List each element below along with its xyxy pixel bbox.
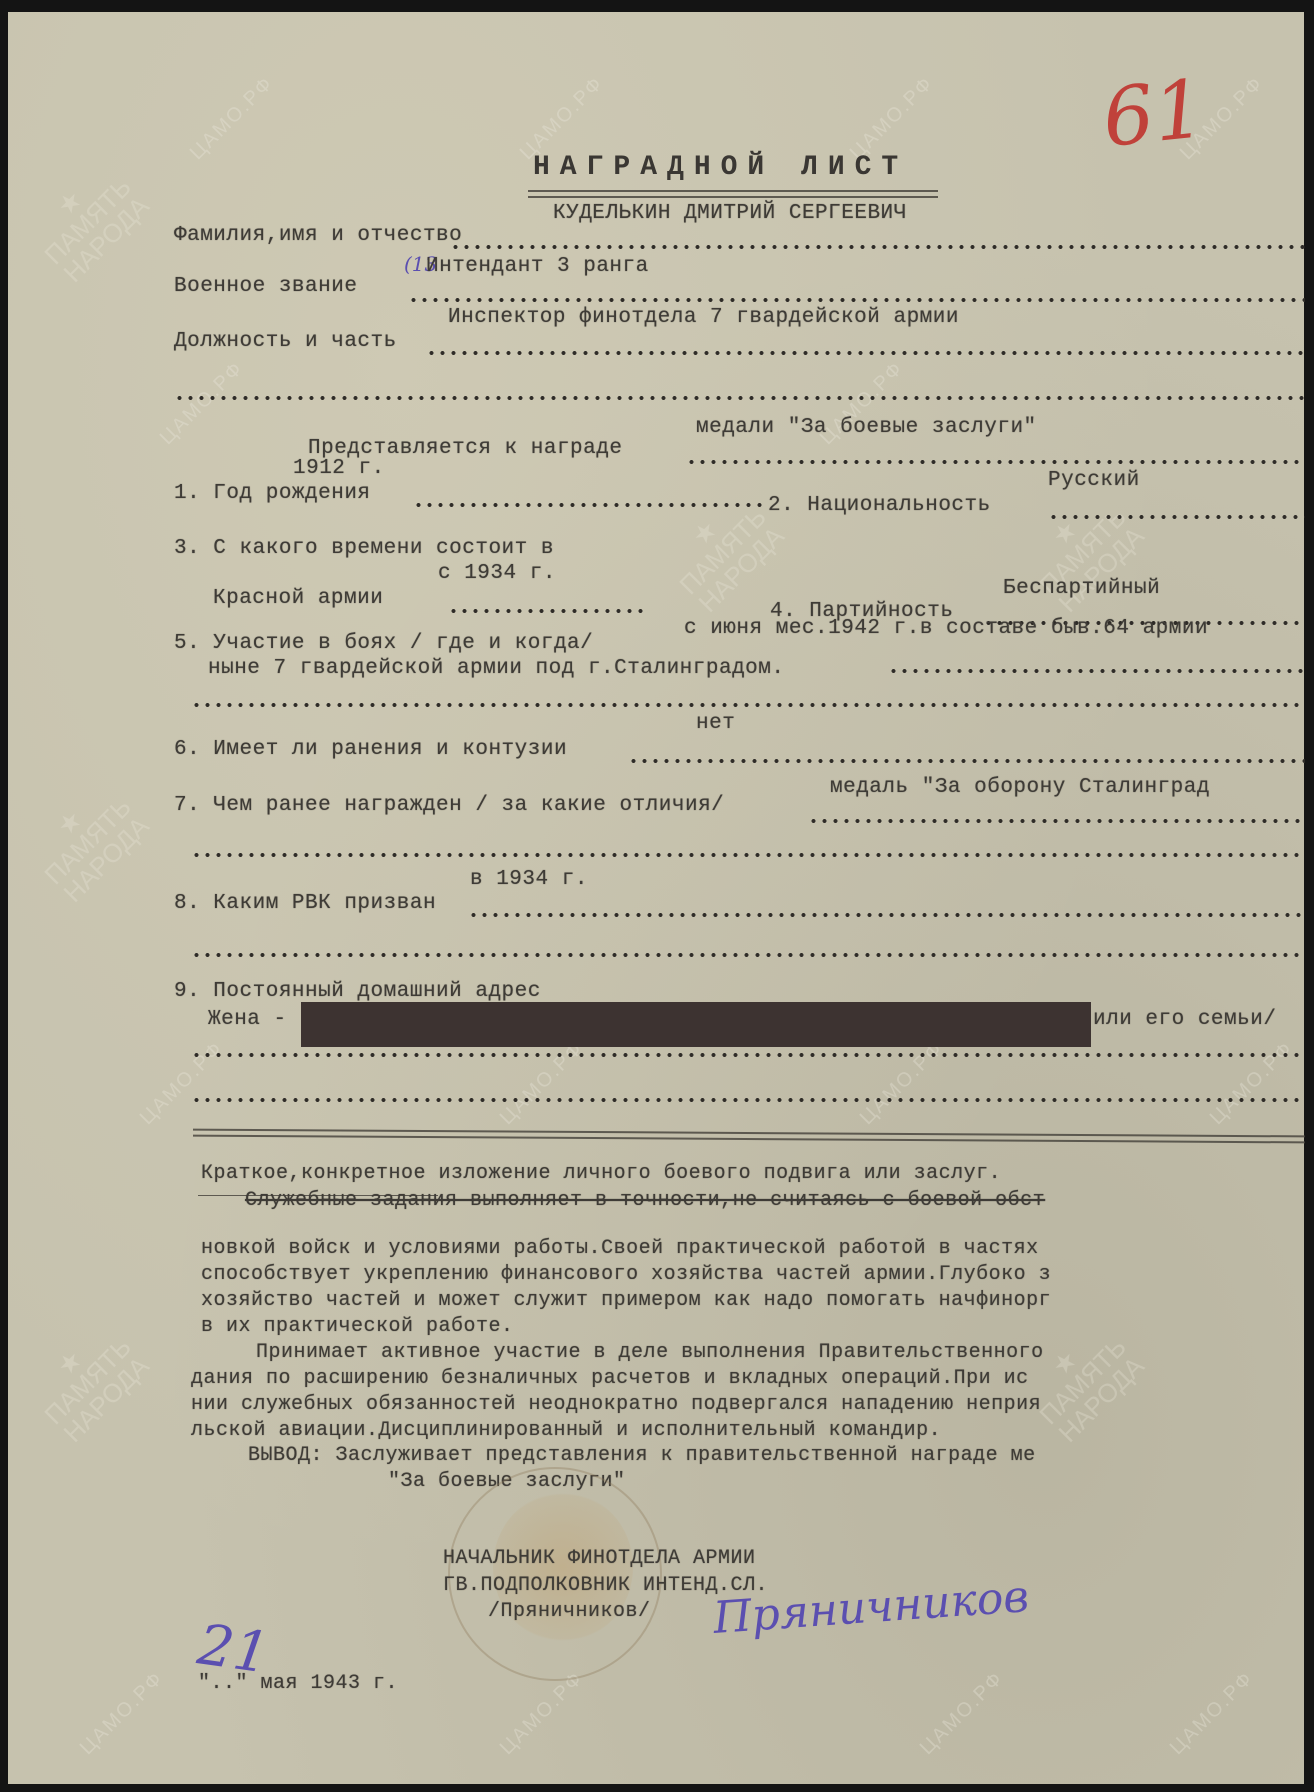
summary-conclusion: ВЫВОД: Заслуживает представления к прави…: [248, 1444, 1036, 1467]
fill-dots: [408, 297, 1305, 303]
fill-dots: [191, 1097, 1305, 1103]
watermark-project: ★ ПАМЯТЬ НАРОДА: [1016, 1315, 1149, 1448]
date-text: ".." мая 1943 г.: [198, 1672, 398, 1695]
fill-dots: [191, 1052, 1305, 1058]
page-number: 61: [1098, 62, 1209, 165]
summary-heading: Краткое,конкретное изложение личного бое…: [201, 1162, 1001, 1185]
fill-dots: [413, 502, 763, 508]
fill-dots: [191, 952, 1305, 958]
summary-line: льской авиации.Дисциплинированный и испо…: [191, 1419, 941, 1442]
rank-value: Интендант 3 ранга: [426, 255, 649, 278]
summary-line: Принимает активное участие в деле выполн…: [256, 1341, 1044, 1364]
fill-dots: [888, 668, 1305, 674]
document-page: ЦАМО.РФ ЦАМО.РФ ЦАМО.РФ ЦАМО.РФ ЦАМО.РФ …: [8, 12, 1304, 1784]
wounds-value: нет: [696, 712, 735, 735]
rvk-label: 8. Каким РВК призван: [174, 892, 436, 915]
summary-line: Служебные задания выполняет в точности,н…: [245, 1189, 1045, 1212]
fill-dots: [448, 608, 648, 614]
fill-dots: [426, 350, 1305, 356]
fill-dots: [191, 702, 1305, 708]
party-value: Беспартийный: [1003, 577, 1160, 600]
fill-dots: [174, 395, 1305, 401]
summary-line: дания по расширению безналичных расчетов…: [191, 1367, 1029, 1390]
fill-dots: [450, 244, 1305, 250]
watermark-archive: ЦАМО.РФ: [156, 357, 249, 450]
award-value: медали "За боевые заслуги": [696, 416, 1037, 439]
previous-awards-label: 7. Чем ранее награжден / за какие отличи…: [174, 794, 724, 817]
position-label: Должность и часть: [174, 330, 397, 353]
nationality-label: 2. Национальность: [768, 494, 991, 517]
signatory-title: НАЧАЛЬНИК ФИНОТДЕЛА АРМИИ: [443, 1547, 756, 1570]
watermark-archive: ЦАМО.РФ: [1166, 1667, 1259, 1760]
battles-value-line1: с июня мес.1942 г.в составе быв.64 армии: [684, 617, 1208, 640]
battles-label: 5. Участие в боях / где и когда/: [174, 632, 593, 655]
watermark-project: ★ ПАМЯТЬ НАРОДА: [21, 1315, 154, 1448]
birth-year-label: 1. Год рождения: [174, 482, 371, 505]
watermark-project: ★ ПАМЯТЬ НАРОДА: [21, 775, 154, 908]
nationality-value: Русский: [1048, 469, 1140, 492]
summary-line: новкой войск и условиями работы.Своей пр…: [201, 1237, 1039, 1260]
title-underline: [528, 190, 938, 192]
document-title: НАГРАДНОЙ ЛИСТ: [533, 152, 908, 183]
fill-dots: [191, 852, 1305, 858]
service-label-line1: 3. С какого времени состоит в: [174, 537, 554, 560]
watermark-archive: ЦАМО.РФ: [516, 72, 609, 165]
watermark-project: ★ ПАМЯТЬ НАРОДА: [21, 155, 154, 288]
watermark-archive: ЦАМО.РФ: [496, 1667, 589, 1760]
rank-label: Военное звание: [174, 275, 357, 298]
fill-dots: [686, 459, 1305, 465]
fill-dots: [808, 818, 1305, 824]
address-label: 9. Постоянный домашний адрес: [174, 980, 541, 1003]
previous-awards-value: медаль "За оборону Сталинград: [830, 776, 1210, 799]
service-value: с 1934 г.: [438, 562, 556, 585]
summary-line: способствует укреплению финансового хозя…: [201, 1263, 1051, 1286]
signatory-name: /Пряничников/: [488, 1600, 651, 1623]
wounds-label: 6. Имеет ли ранения и контузии: [174, 738, 567, 761]
fill-dots: [468, 912, 1305, 918]
full-name-value: КУДЕЛЬКИН ДМИТРИЙ СЕРГЕЕВИЧ: [553, 202, 907, 225]
summary-line: хозяйство частей и может служит примером…: [201, 1289, 1051, 1312]
address-suffix: или его семьи/: [1093, 1008, 1276, 1031]
fill-dots: [1048, 514, 1305, 520]
summary-line: в их практической работе.: [201, 1315, 514, 1338]
birth-year-value: 1912 г.: [293, 457, 385, 480]
fill-dots: [628, 758, 1305, 764]
battles-value-line2: ныне 7 гвардейской армии под г.Сталингра…: [208, 657, 785, 680]
summary-line: нии служебных обязанностей неоднократно …: [191, 1393, 1041, 1416]
watermark-archive: ЦАМО.РФ: [846, 72, 939, 165]
redaction-bar: [301, 1002, 1091, 1047]
watermark-archive: ЦАМО.РФ: [76, 1667, 169, 1760]
title-underline: [528, 196, 938, 198]
address-prefix: Жена -: [208, 1008, 287, 1031]
watermark-archive: ЦАМО.РФ: [916, 1667, 1009, 1760]
rvk-value: в 1934 г.: [470, 868, 588, 891]
watermark-archive: ЦАМО.РФ: [186, 72, 279, 165]
full-name-label: Фамилия,имя и отчество: [174, 224, 462, 247]
service-label-line2: Красной армии: [213, 587, 383, 610]
position-value: Инспектор финотдела 7 гвардейской армии: [448, 306, 959, 329]
